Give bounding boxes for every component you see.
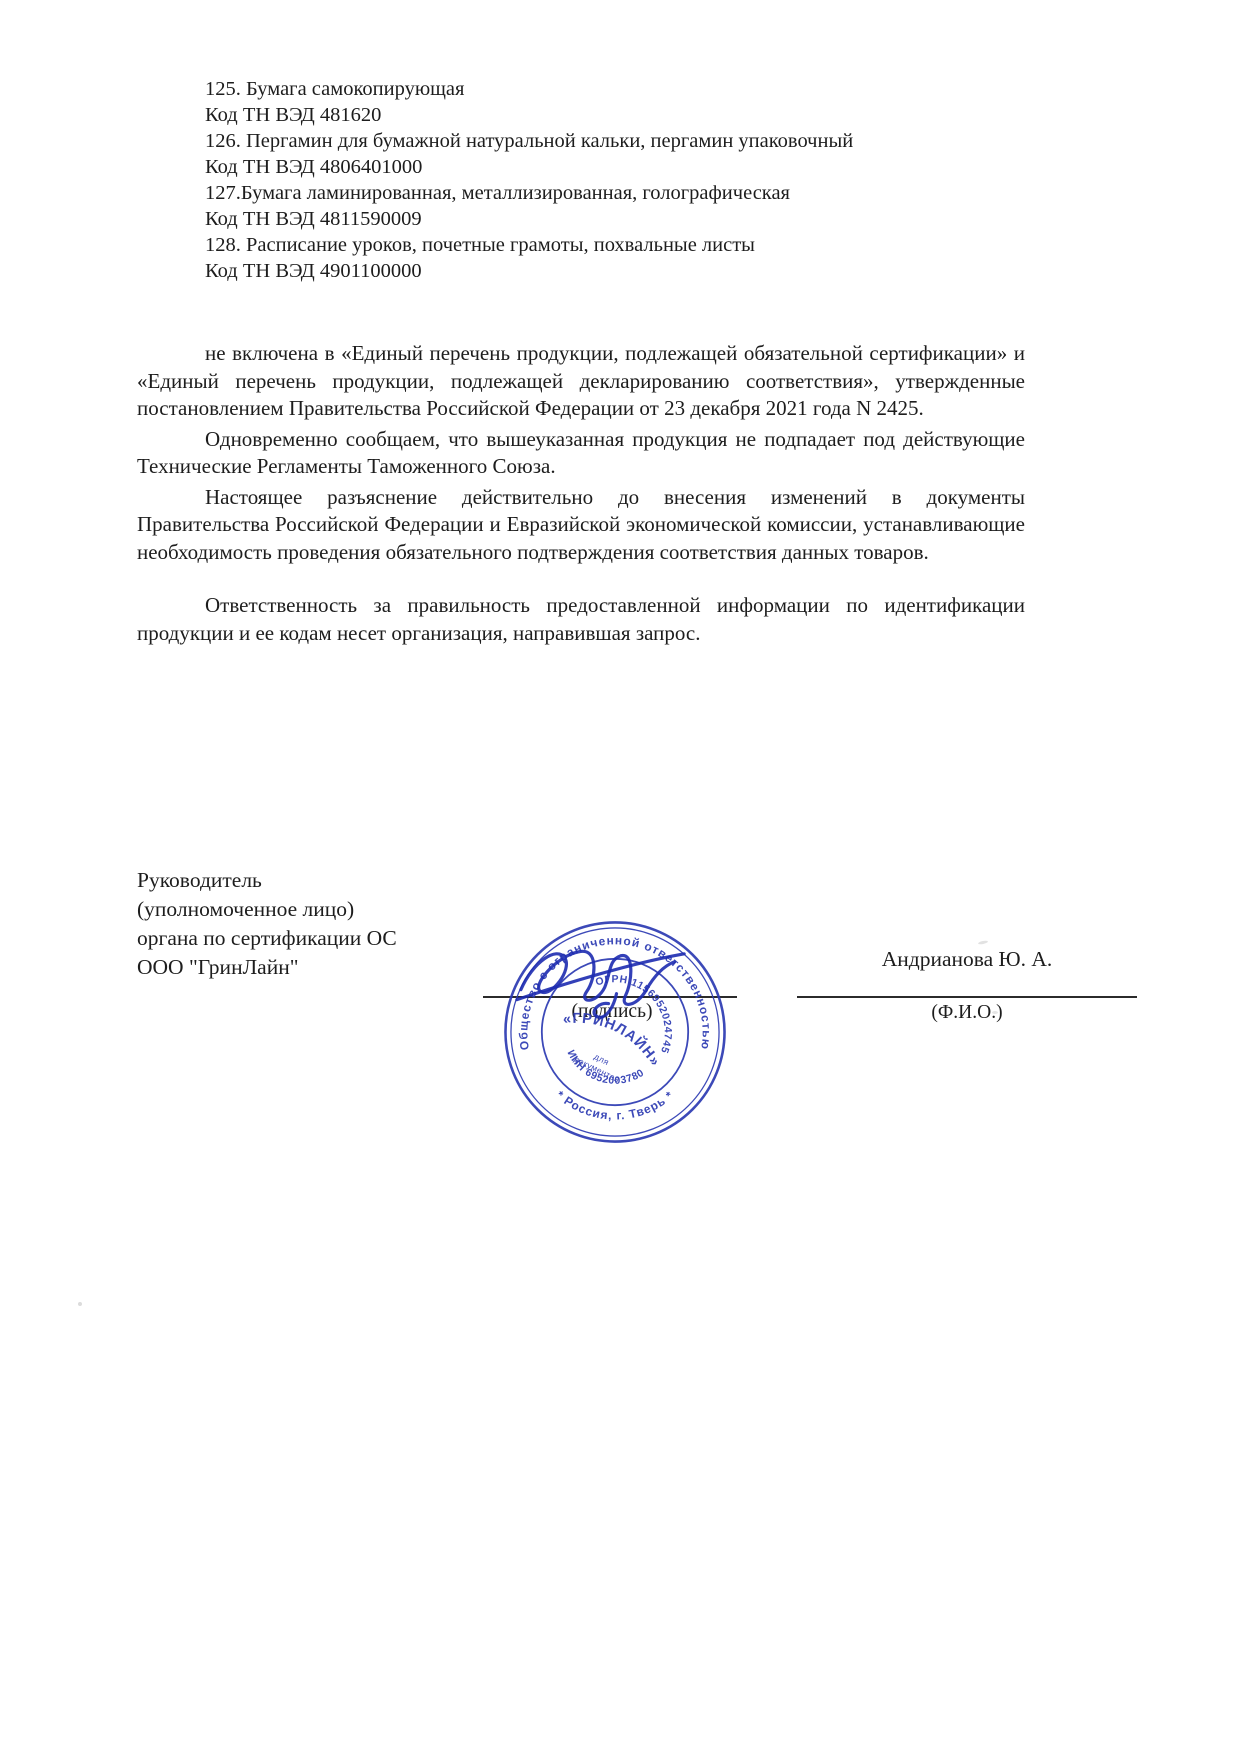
list-item: 125. Бумага самокопирующая Код ТН ВЭД 48… — [205, 76, 965, 128]
paragraph-clarification: Настоящее разъяснение действительно до в… — [137, 484, 1025, 567]
product-code: Код ТН ВЭД 4806401000 — [205, 154, 965, 180]
product-list: 125. Бумага самокопирующая Код ТН ВЭД 48… — [205, 76, 965, 284]
signatory-title-line: (уполномоченное лицо) — [137, 895, 397, 924]
stamp-location-text: * Россия, г. Тверь * — [553, 1088, 676, 1123]
paragraph-not-included: не включена в «Единый перечень продукции… — [137, 340, 1025, 423]
company-stamp: Общество с ограниченной ответственностью… — [499, 916, 731, 1148]
body-text: не включена в «Единый перечень продукции… — [137, 340, 1025, 647]
paragraph-responsibility: Ответственность за правильность предоста… — [137, 592, 1025, 647]
signature-caption: (подпись) — [512, 1001, 712, 1023]
signatory-title-line: органа по сертификации ОС — [137, 924, 397, 953]
stamp-note-text: для — [592, 1051, 610, 1067]
signatory-title-line: Руководитель — [137, 866, 397, 895]
scan-artifact — [78, 1302, 82, 1306]
list-item: 128. Расписание уроков, почетные грамоты… — [205, 232, 965, 284]
signatory-org-line: ООО "ГринЛайн" — [137, 953, 397, 982]
scan-artifact — [992, 1011, 998, 1014]
product-code: Код ТН ВЭД 481620 — [205, 102, 965, 128]
product-name: 125. Бумага самокопирующая — [205, 76, 965, 102]
signatory-title-block: Руководитель (уполномоченное лицо) орган… — [137, 866, 397, 982]
product-name: 126. Пергамин для бумажной натуральной к… — [205, 128, 965, 154]
list-item: 127.Бумага ламинированная, металлизирова… — [205, 180, 965, 232]
fio-caption: (Ф.И.О.) — [797, 1002, 1137, 1024]
document-page: 125. Бумага самокопирующая Код ТН ВЭД 48… — [0, 0, 1240, 1753]
stamp-org-type-text: Общество с ограниченной ответственностью — [516, 933, 713, 1051]
product-code: Код ТН ВЭД 4811590009 — [205, 206, 965, 232]
product-name: 128. Расписание уроков, почетные грамоты… — [205, 232, 965, 258]
product-code: Код ТН ВЭД 4901100000 — [205, 258, 965, 284]
paragraph-simultaneously: Одновременно сообщаем, что вышеуказанная… — [137, 426, 1025, 481]
signatory-name: Андрианова Ю. А. — [797, 947, 1137, 972]
list-item: 126. Пергамин для бумажной натуральной к… — [205, 128, 965, 180]
stamp-inn-text: ИНН 6952003780 — [559, 1035, 649, 1102]
stamp-note-text: документов — [572, 1054, 621, 1085]
product-name: 127.Бумага ламинированная, металлизирова… — [205, 180, 965, 206]
signature-line — [483, 996, 737, 998]
scan-artifact — [978, 940, 988, 945]
fio-line — [797, 996, 1137, 998]
